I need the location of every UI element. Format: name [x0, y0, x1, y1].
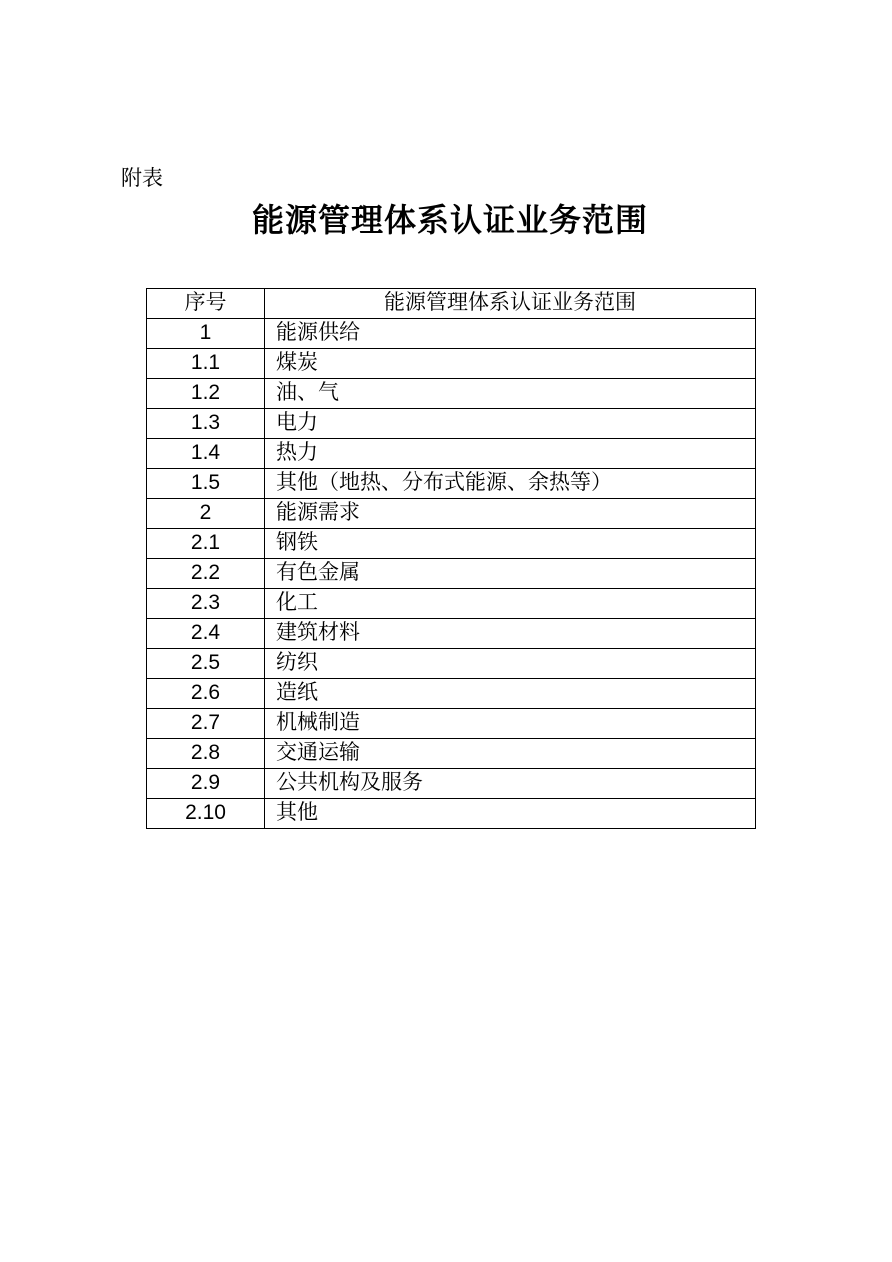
table-header-row: 序号 能源管理体系认证业务范围	[147, 289, 756, 319]
table-row: 2.7机械制造	[147, 709, 756, 739]
scope-table: 序号 能源管理体系认证业务范围 1能源供给1.1煤炭1.2油、气1.3电力1.4…	[146, 288, 756, 829]
page-title: 能源管理体系认证业务范围	[4, 201, 892, 239]
table-row: 1.2油、气	[147, 379, 756, 409]
table-row: 2.9公共机构及服务	[147, 769, 756, 799]
row-number-cell: 1	[147, 319, 265, 349]
row-number-cell: 2	[147, 499, 265, 529]
row-scope-cell: 公共机构及服务	[265, 769, 756, 799]
table-row: 2.3化工	[147, 589, 756, 619]
row-number-cell: 1.3	[147, 409, 265, 439]
row-number-cell: 2.8	[147, 739, 265, 769]
table-row: 1.5其他（地热、分布式能源、余热等）	[147, 469, 756, 499]
row-number-cell: 2.5	[147, 649, 265, 679]
row-number-cell: 2.7	[147, 709, 265, 739]
row-scope-cell: 煤炭	[265, 349, 756, 379]
row-scope-cell: 化工	[265, 589, 756, 619]
row-scope-cell: 电力	[265, 409, 756, 439]
row-scope-cell: 热力	[265, 439, 756, 469]
row-scope-cell: 其他（地热、分布式能源、余热等）	[265, 469, 756, 499]
header-cell-scope: 能源管理体系认证业务范围	[265, 289, 756, 319]
header-cell-index: 序号	[147, 289, 265, 319]
row-scope-cell: 钢铁	[265, 529, 756, 559]
document-page: 附表 能源管理体系认证业务范围 序号 能源管理体系认证业务范围 1能源供给1.1…	[0, 0, 892, 1262]
row-number-cell: 1.5	[147, 469, 265, 499]
table-row: 2能源需求	[147, 499, 756, 529]
row-scope-cell: 有色金属	[265, 559, 756, 589]
table-row: 2.5纺织	[147, 649, 756, 679]
table-row: 1.4热力	[147, 439, 756, 469]
table-body: 1能源供给1.1煤炭1.2油、气1.3电力1.4热力1.5其他（地热、分布式能源…	[147, 319, 756, 829]
table-row: 2.4建筑材料	[147, 619, 756, 649]
row-scope-cell: 交通运输	[265, 739, 756, 769]
row-scope-cell: 油、气	[265, 379, 756, 409]
row-number-cell: 2.9	[147, 769, 265, 799]
table-row: 2.10其他	[147, 799, 756, 829]
row-number-cell: 2.2	[147, 559, 265, 589]
row-scope-cell: 造纸	[265, 679, 756, 709]
table-row: 2.6造纸	[147, 679, 756, 709]
row-number-cell: 1.1	[147, 349, 265, 379]
row-scope-cell: 其他	[265, 799, 756, 829]
table-row: 1能源供给	[147, 319, 756, 349]
row-number-cell: 2.1	[147, 529, 265, 559]
table-row: 1.3电力	[147, 409, 756, 439]
table-row: 2.2有色金属	[147, 559, 756, 589]
row-number-cell: 1.2	[147, 379, 265, 409]
row-number-cell: 2.6	[147, 679, 265, 709]
table-row: 1.1煤炭	[147, 349, 756, 379]
row-scope-cell: 建筑材料	[265, 619, 756, 649]
row-scope-cell: 能源需求	[265, 499, 756, 529]
row-scope-cell: 机械制造	[265, 709, 756, 739]
table-row: 2.8交通运输	[147, 739, 756, 769]
row-number-cell: 2.4	[147, 619, 265, 649]
row-number-cell: 2.10	[147, 799, 265, 829]
row-number-cell: 1.4	[147, 439, 265, 469]
row-scope-cell: 能源供给	[265, 319, 756, 349]
annex-label: 附表	[121, 166, 163, 191]
table-row: 2.1钢铁	[147, 529, 756, 559]
row-number-cell: 2.3	[147, 589, 265, 619]
row-scope-cell: 纺织	[265, 649, 756, 679]
